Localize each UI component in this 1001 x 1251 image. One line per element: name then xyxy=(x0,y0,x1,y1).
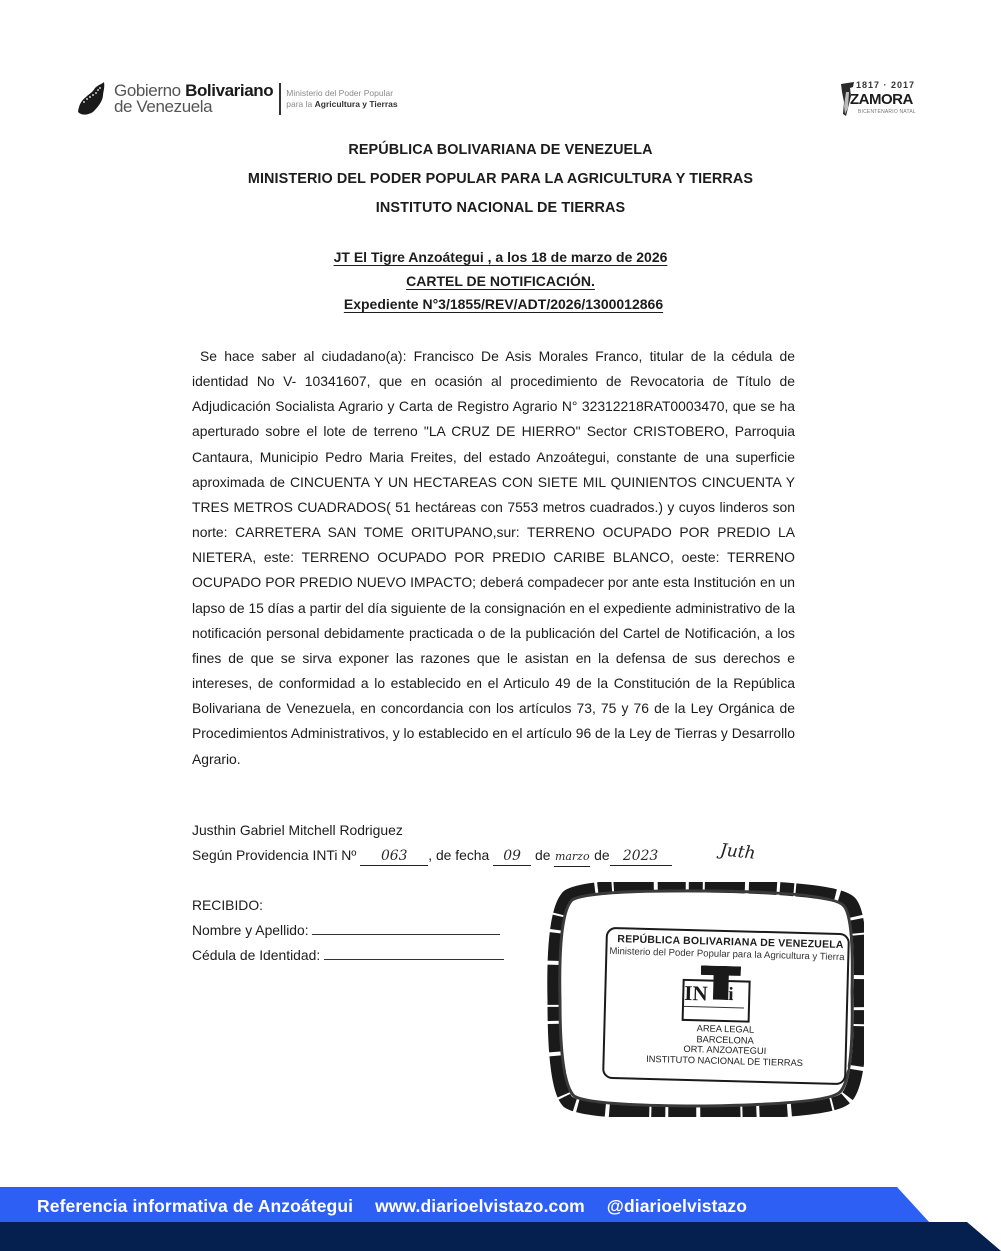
signer-name: Justhin Gabriel Mitchell Rodriguez xyxy=(192,818,672,843)
receipt-id-line xyxy=(324,947,504,960)
receipt-section: RECIBIDO: Nombre y Apellido: Cédula de I… xyxy=(192,893,504,968)
date-month: marzo xyxy=(554,848,590,867)
logo-divider xyxy=(279,83,281,115)
title-institute: INSTITUTO NACIONAL DE TIERRAS xyxy=(0,194,1001,223)
providencia-line: Según Providencia INTi Nº 063, de fecha … xyxy=(192,843,672,868)
inti-letters-in: IN xyxy=(684,981,708,1007)
document-subheading: JT El Tigre Anzoátegui , a los 18 de mar… xyxy=(0,246,1001,317)
receipt-id-label: Cédula de Identidad: xyxy=(192,947,320,963)
zamora-name: ZAMORA xyxy=(850,91,913,108)
title-republic: REPÚBLICA BOLIVARIANA DE VENEZUELA xyxy=(0,136,1001,165)
receipt-heading: RECIBIDO: xyxy=(192,893,504,918)
inti-letter-i: i xyxy=(728,984,734,1006)
footer-navy-band xyxy=(0,1222,1001,1251)
fecha-label: , de fecha xyxy=(428,847,489,863)
de-label-1: de xyxy=(535,847,550,863)
providencia-number: 063 xyxy=(360,847,428,866)
stamp-inner-frame: REPÚBLICA BOLIVARIANA DE VENEZUELA Minis… xyxy=(602,927,850,1085)
providencia-label: Según Providencia INTi Nº xyxy=(192,847,356,863)
de-label-2: de xyxy=(594,847,609,863)
receipt-name-label: Nombre y Apellido: xyxy=(192,922,309,938)
venezuela-map-icon xyxy=(76,82,106,116)
footer-social-handle[interactable]: @diarioelvistazo xyxy=(607,1196,747,1216)
receipt-name-row: Nombre y Apellido: xyxy=(192,918,504,943)
gob-logo-text: Gobierno Bolivariano de Venezuela xyxy=(114,83,273,115)
stamp-bottom-text: AREA LEGAL BARCELONA ORT. ANZOATEGUI INS… xyxy=(604,1021,845,1069)
zamora-logo: 1817 · 2017 ZAMORA BICENTENARIO NATAL xyxy=(836,78,916,122)
gobierno-bolivariano-logo: Gobierno Bolivariano de Venezuela Minist… xyxy=(76,82,398,116)
ministry-line1: Ministerio del Poder Popular xyxy=(286,88,397,99)
zamora-years: 1817 · 2017 xyxy=(856,80,915,90)
gob-line2: de Venezuela xyxy=(114,99,273,115)
inti-logo: IN i xyxy=(682,965,749,1021)
signature-block: Justhin Gabriel Mitchell Rodriguez Según… xyxy=(192,818,672,868)
notification-body: Se hace saber al ciudadano(a): Francisco… xyxy=(192,344,795,772)
document-titles: REPÚBLICA BOLIVARIANA DE VENEZUELA MINIS… xyxy=(0,136,1001,223)
date-day: 09 xyxy=(493,847,531,866)
document-type: CARTEL DE NOTIFICACIÓN. xyxy=(406,273,595,289)
handwritten-signature: Juth xyxy=(719,840,756,864)
footer-text: Referencia informativa de Anzoátegui www… xyxy=(37,1196,764,1217)
expediente-number: Expediente N°3/1855/REV/ADT/2026/1300012… xyxy=(344,296,663,312)
ministry-line2-bold: Agricultura y Tierras xyxy=(315,99,398,109)
ministry-line2-light: para la xyxy=(286,99,314,109)
title-ministry: MINISTERIO DEL PODER POPULAR PARA LA AGR… xyxy=(0,165,1001,194)
official-stamp: REPÚBLICA BOLIVARIANA DE VENEZUELA Minis… xyxy=(546,882,864,1117)
ministry-text: Ministerio del Poder Popular para la Agr… xyxy=(286,88,397,110)
footer-website-link[interactable]: www.diarioelvistazo.com xyxy=(375,1196,585,1216)
zamora-subtitle: BICENTENARIO NATAL xyxy=(858,109,916,115)
date-year: 2023 xyxy=(610,847,672,866)
place-date: JT El Tigre Anzoátegui , a los 18 de mar… xyxy=(334,249,668,265)
receipt-name-line xyxy=(312,922,500,935)
footer-tagline: Referencia informativa de Anzoátegui xyxy=(37,1196,353,1216)
receipt-id-row: Cédula de Identidad: xyxy=(192,943,504,968)
